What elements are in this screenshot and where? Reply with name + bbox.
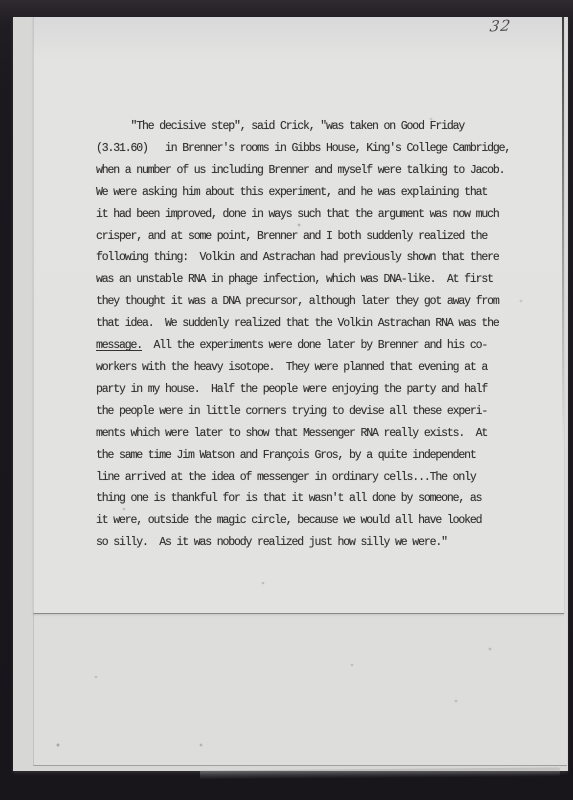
typed-text-segment: crisper, and at some point, Brenner and … — [96, 230, 487, 243]
typed-text-segment: was an unstable RNA in phage infection, … — [96, 273, 493, 286]
typed-text-segment: thing one is thankful for is that it was… — [96, 492, 481, 505]
typed-text-segment: when a number of us including Brenner an… — [96, 164, 504, 177]
typed-text-line: so silly. As it was nobody realized just… — [96, 532, 510, 554]
typed-text-segment: following thing: Volkin and Astrachan ha… — [96, 251, 499, 264]
typed-text-segment: ments which were later to show that Mess… — [96, 427, 487, 440]
page-right-edge-shadow — [562, 17, 564, 447]
photo-background: 32 "The decisive step", said Crick, "was… — [0, 0, 573, 800]
typed-text-block: "The decisive step", said Crick, "was ta… — [96, 116, 510, 554]
typed-text-line: We were asking him about this experiment… — [96, 182, 510, 204]
typed-text-line: workers with the heavy isotope. They wer… — [96, 357, 510, 379]
typed-text-line: they thought it was a DNA precursor, alt… — [96, 291, 510, 313]
typed-text-line: when a number of us including Brenner an… — [96, 160, 510, 182]
typed-text-line: was an unstable RNA in phage infection, … — [96, 269, 510, 291]
typed-text-line: crisper, and at some point, Brenner and … — [96, 226, 510, 248]
typed-text-segment: the people were in little corners trying… — [96, 405, 487, 418]
typed-text-line: line arrived at the idea of messenger in… — [96, 467, 510, 489]
typed-text-segment: "The decisive step", said Crick, "was ta… — [96, 120, 464, 133]
paper-speckles — [0, 0, 2, 2]
typed-text-line: ments which were later to show that Mess… — [96, 423, 510, 445]
typed-text-segment: (3.31.60) in Brenner's rooms in Gibbs Ho… — [96, 142, 510, 155]
typed-text-line: (3.31.60) in Brenner's rooms in Gibbs Ho… — [96, 138, 510, 160]
typed-text-segment: workers with the heavy isotope. They wer… — [96, 361, 487, 374]
page-bottom-edge-highlight — [200, 767, 560, 779]
typed-text-segment: line arrived at the idea of messenger in… — [96, 471, 476, 484]
typed-text-line: following thing: Volkin and Astrachan ha… — [96, 247, 510, 269]
handwritten-page-number: 32 — [489, 16, 512, 35]
typed-text-line: thing one is thankful for is that it was… — [96, 488, 510, 510]
typed-text-line: it were, outside the magic circle, becau… — [96, 510, 510, 532]
typed-text-segment: it had been improved, done in ways such … — [96, 208, 499, 221]
typed-text-line: the same time Jim Watson and François Gr… — [96, 445, 510, 467]
typed-text-line: party in my house. Half the people were … — [96, 379, 510, 401]
underlined-word: message. — [96, 339, 142, 352]
typed-text-line: that idea. We suddenly realized that the… — [96, 313, 510, 335]
typed-text-segment: All the experiments were done later by B… — [142, 339, 487, 352]
typed-text-line: "The decisive step", said Crick, "was ta… — [96, 116, 510, 138]
typed-text-line: the people were in little corners trying… — [96, 401, 510, 423]
typed-text-segment: party in my house. Half the people were … — [96, 383, 487, 396]
typed-text-segment: the same time Jim Watson and François Gr… — [96, 449, 476, 462]
typed-text-segment: We were asking him about this experiment… — [96, 186, 487, 199]
typed-text-segment: so silly. As it was nobody realized just… — [96, 536, 447, 549]
typed-text-line: it had been improved, done in ways such … — [96, 204, 510, 226]
typed-page: 32 "The decisive step", said Crick, "was… — [33, 17, 564, 614]
typed-text-line: message. All the experiments were done l… — [96, 335, 510, 357]
typed-text-segment: they thought it was a DNA precursor, alt… — [96, 295, 499, 308]
typed-text-segment: that idea. We suddenly realized that the… — [96, 317, 499, 330]
typed-text-segment: it were, outside the magic circle, becau… — [96, 514, 481, 527]
